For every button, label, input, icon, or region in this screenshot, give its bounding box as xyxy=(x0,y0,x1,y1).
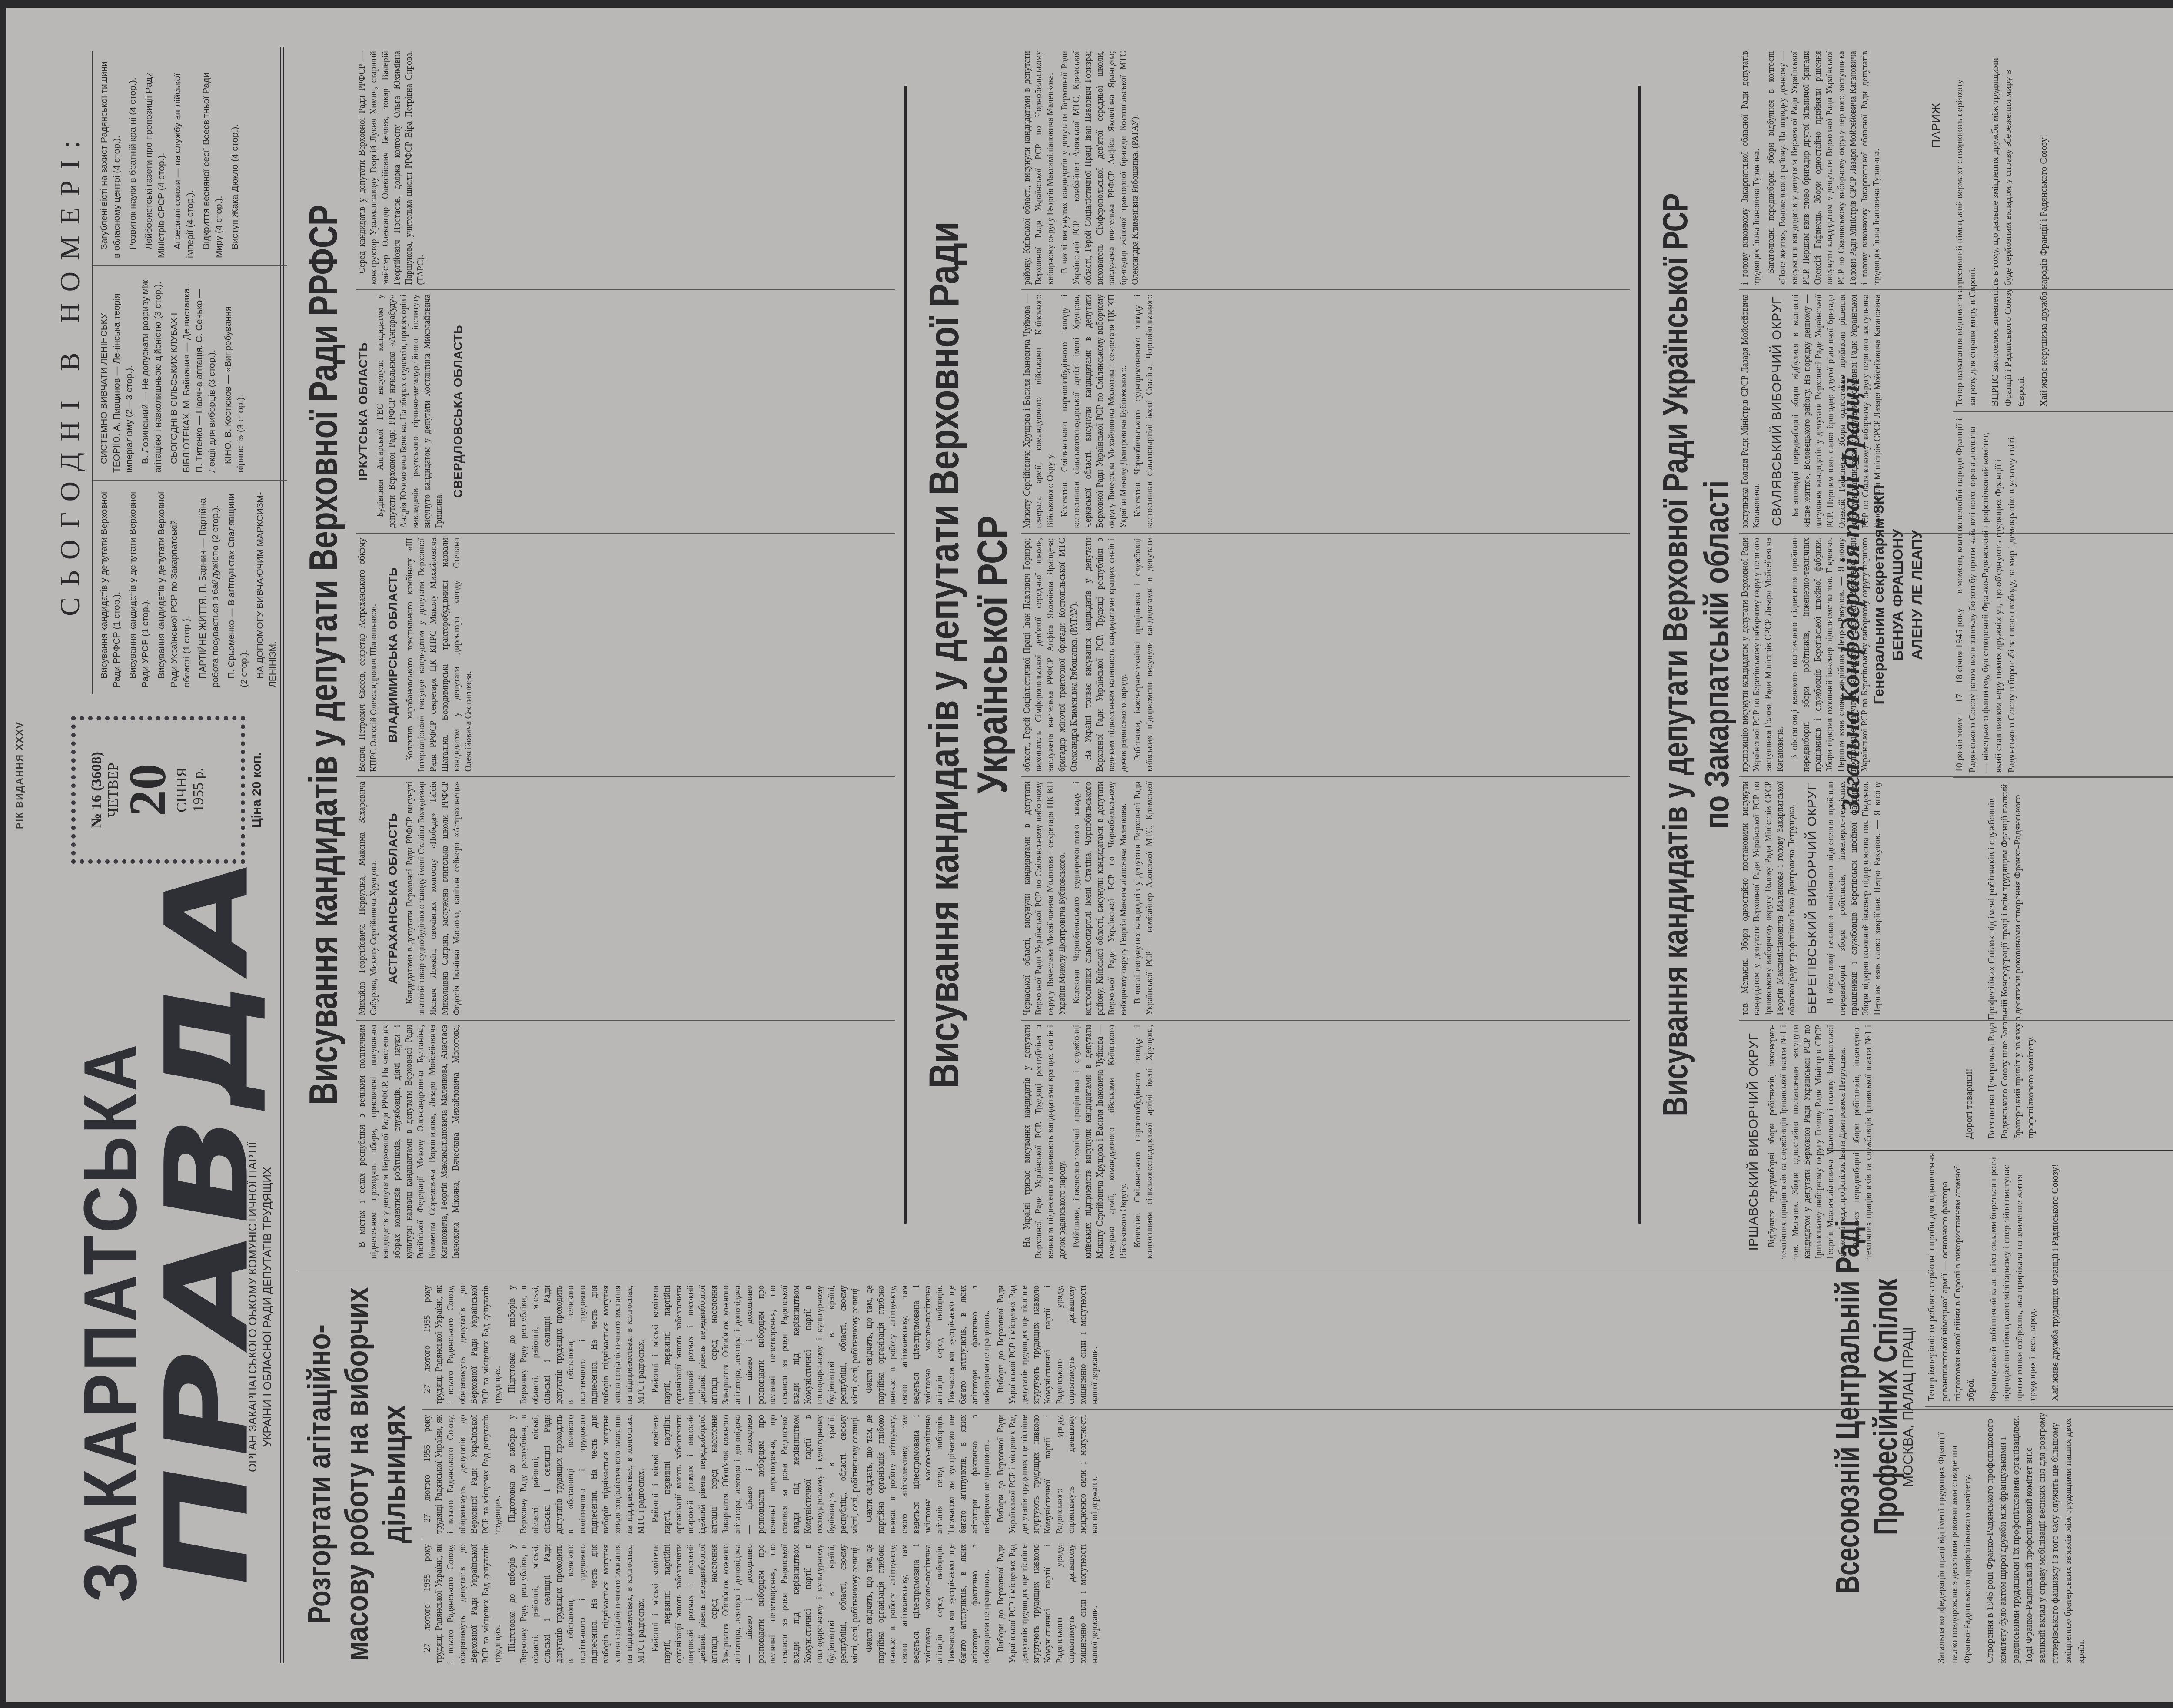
cgt-telegram: Загальна Конфедерація праці Франції Гене… xyxy=(1827,51,2173,1150)
region-heading: ІРКУТСЬКА ОБЛАСТЬ xyxy=(356,294,370,528)
paragraph: ПАРТІЙНЕ ЖИТТЯ. П. Барнич — Партійна роб… xyxy=(196,488,222,687)
paragraph: Хай живе дружба трудящих Франції і Радян… xyxy=(2048,1151,2061,1401)
paragraph: Тепер намагання відновити агресивний нім… xyxy=(1953,51,1979,407)
paragraph: Всесоюзна Центральна Рада Професійних Сп… xyxy=(1985,783,2037,1139)
vcsps-text: Загальна конфедерація праці від імені тр… xyxy=(1925,1151,2173,1663)
paragraph: В числі висунутих кандидатів у депутати … xyxy=(1059,51,1141,285)
region-heading: АСТРАХАНСЬКА ОБЛАСТЬ xyxy=(386,781,400,1015)
cgt-text: Дорогі товариші!Всесоюзна Центральна Рад… xyxy=(1953,51,2173,1139)
paragraph: Колектив Чорнобильського судноремонтного… xyxy=(1071,781,1130,1015)
paragraph: СЬОГОДНІ В СІЛЬСЬКИХ КЛУБАХ І БІБЛІОТЕКА… xyxy=(168,273,218,473)
cgt-recipients: Генеральним секретарям ЗКП БЕНУА ФРАШОНУ… xyxy=(1869,51,1946,1139)
paragraph: 27 лютого 1955 року трудящі Радянської У… xyxy=(422,1415,504,1534)
paragraph: Районні і міські комітети партії, первин… xyxy=(650,1415,861,1534)
region-heading: ВЛАДИМИРСЬКА ОБЛАСТЬ xyxy=(386,538,400,772)
paragraph: Факти свідчать, що там, де партійна орга… xyxy=(864,1415,993,1534)
today-column: СИСТЕМНО ВИВЧАТИ ЛЕНІНСЬКУ ТЕОРІЮ. А. Пи… xyxy=(93,265,287,480)
issue-price: Ціна 20 коп. xyxy=(249,725,264,855)
paragraph: Факти свідчать, що там, де партійна орга… xyxy=(864,1285,993,1404)
region-text: Серед кандидатів у депутати Верховної Ра… xyxy=(356,51,427,285)
vcsps-headline: Всесоюзній Центральній Раді Професійних … xyxy=(1829,1151,1904,1663)
paragraph: Хай живе нерушима дружба народів Франції… xyxy=(2037,51,2050,407)
paragraph: Робітники, інженерно-технічні працівники… xyxy=(1071,1025,1130,1259)
paragraph: Виступ Жака Дюкло (4 стор.). xyxy=(229,58,241,258)
paragraph: На Україні триває висування кандидатів у… xyxy=(1083,538,1130,772)
paragraph: Районні і міські комітети партії, первин… xyxy=(650,1285,861,1404)
paragraph: Тепер імперіалісти роблять серйозні спро… xyxy=(1925,1151,1977,1401)
newspaper-subtitle: Орган Закарпатського обкому Комуністично… xyxy=(245,1003,275,1611)
paragraph: Підготовка до виборів у Верховну Раду ре… xyxy=(506,1415,647,1534)
ukraine-headline-line2: Української РСР xyxy=(969,516,1015,794)
district-heading: ІРШАВСЬКИЙ ВИБОРЧИЙ ОКРУГ xyxy=(1746,1025,1761,1259)
edition-year-label: РІК ВИДАННЯ XXXV xyxy=(14,721,25,829)
paragraph: Висування кандидатів у депутати Верховно… xyxy=(155,488,193,687)
region-text: Будівники Ангарської ГЕС висунули кандид… xyxy=(375,294,445,528)
issue-date-box: № 16 (3608) ЧЕТВЕР 20 СІЧНЯ 1955 р. xyxy=(71,716,245,864)
newspaper-page: РІК ВИДАННЯ XXXV ЗАКАРПАТСЬКА ПРАВДА Орг… xyxy=(6,8,2173,1702)
section-divider xyxy=(1638,86,1641,1224)
paragraph: КІНО. В. Костюков — «Випробування вірнос… xyxy=(222,273,247,473)
paragraph: СИСТЕМНО ВИВЧАТИ ЛЕНІНСЬКУ ТЕОРІЮ. А. Пи… xyxy=(98,273,136,473)
issue-day: 20 xyxy=(122,720,174,859)
today-column: Загублені вісті на захист Радянської тиш… xyxy=(93,51,287,265)
paragraph: Французький робітничий клас всіма силами… xyxy=(1987,1151,2039,1401)
paragraph: Розвиток науки в братній країні (4 стор.… xyxy=(126,58,139,258)
issue-month: СІЧНЯ xyxy=(174,720,190,859)
paragraph: Відкриття весняної сесії Всесвітньої Рад… xyxy=(200,58,225,258)
paragraph: Підготовка до виборів у Верховну Раду ре… xyxy=(506,1544,647,1663)
cgt-headline: Загальна Конфедерація праці Франції xyxy=(1836,51,1866,1139)
paragraph: В. Лозинський — Не допускати розриву між… xyxy=(139,273,164,473)
editorial-headline: Розгортати агітаційно-масову роботу на в… xyxy=(301,1285,413,1663)
paragraph: Загублені вісті на захист Радянської тиш… xyxy=(98,58,123,258)
paragraph: Факти свідчать, що там, де партійна орга… xyxy=(864,1544,993,1663)
paragraph: Вибори до Верховної Ради Української РСР… xyxy=(995,1285,1101,1404)
district-heading: СВАЛЯВСЬКИЙ ВИБОРЧИЙ ОКРУГ xyxy=(1770,294,1784,528)
region-text: Колектив карабановського текстильного ко… xyxy=(404,538,475,772)
rsfsr-article: Висування кандидатів у депутати Верховно… xyxy=(297,51,895,1259)
zakarpattia-headline-line1: Висування кандидатів у депутати Верховно… xyxy=(1656,193,1695,1117)
masthead: ЗАКАРПАТСЬКА ПРАВДА Орган Закарпатського… xyxy=(54,47,284,1663)
cgt-recipient-line1: Генеральним секретарям ЗКП xyxy=(1869,51,1888,1139)
rsfsr-headline: Висування кандидатів у депутати Верховно… xyxy=(302,51,346,1259)
today-column: Висування кандидатів у депутати Верховно… xyxy=(93,480,287,694)
paragraph: П. Єрьоменко — В агітпунктах Свалявщини … xyxy=(225,488,250,687)
cgt-recipient-line3: АЛЕНУ ЛЕ ЛЕАПУ xyxy=(1907,51,1927,1139)
paragraph: Висування кандидатів у депутати Верховно… xyxy=(98,488,123,687)
paragraph: Створення в 1945 році Франко-Радянського… xyxy=(1983,1413,2087,1663)
ukraine-headline: Висування кандидатів у депутати Верховно… xyxy=(920,51,1017,1259)
vcsps-telegram: Всесоюзній Центральній Раді Професійних … xyxy=(1827,1151,2173,1663)
rsfsr-text: В містах і селах республіки з великим по… xyxy=(356,51,895,1259)
ukraine-headline-line1: Висування кандидатів у депутати Верховно… xyxy=(921,222,967,1088)
paragraph: ВЦРПС висловлює впевненість в тому, що д… xyxy=(1988,51,2027,407)
paragraph: Загальна конфедерація праці від імені тр… xyxy=(1934,1413,1974,1663)
paragraph: 27 лютого 1955 року трудящі Радянської У… xyxy=(422,1544,504,1663)
paragraph: Районні і міські комітети партії, первин… xyxy=(650,1544,861,1663)
ukraine-text: На Україні триває висування кандидатів у… xyxy=(1021,51,1630,1259)
issue-number: № 16 (3608) xyxy=(89,720,105,859)
paragraph: Висування кандидатів у депутати Верховно… xyxy=(126,488,152,687)
paragraph: На Україні триває висування кандидатів у… xyxy=(1021,1025,1068,1259)
paragraph: Підготовка до виборів у Верховну Раду ре… xyxy=(506,1285,647,1404)
cgt-recipient-line2: БЕНУА ФРАШОНУ xyxy=(1888,51,1907,1139)
subtitle-line1: Орган Закарпатського обкому Комуністично… xyxy=(245,1003,260,1611)
today-in-issue-columns: Висування кандидатів у депутати Верховно… xyxy=(92,51,287,694)
issue-year: 1955 р. xyxy=(190,720,207,859)
paragraph: Дорогі товариші! xyxy=(1962,783,1975,1139)
region-heading: СВЕРДЛОВСЬКА ОБЛАСТЬ xyxy=(451,294,465,528)
bottom-band: Всесоюзній Центральній Раді Професійних … xyxy=(1827,47,2173,1663)
paragraph: Лейбористські газети про пропозиції Ради… xyxy=(143,58,168,258)
cgt-city: ПАРИЖ xyxy=(1927,51,1946,1139)
paragraph: 27 лютого 1955 року трудящі Радянської У… xyxy=(422,1285,504,1404)
zakarpattia-headline: Висування кандидатів у депутати Верховно… xyxy=(1655,51,1737,1259)
today-in-issue-title: СЬОГОДНІ В НОМЕРІ: xyxy=(54,51,86,694)
paragraph: НА ДОПОМОГУ ВИВЧАЮЧИМ МАРКСИЗМ-ЛЕНІНІЗМ. xyxy=(254,488,279,687)
paragraph: Колектив Смілянського паровозобудівного … xyxy=(1059,294,1130,528)
subtitle-line2: України і обласної Ради депутатів трудящ… xyxy=(260,1003,275,1611)
district-heading: БЕРЕГІВСЬКИЙ ВИБОРЧИЙ ОКРУГ xyxy=(1805,781,1820,1015)
paragraph: Вибори до Верховної Ради Української РСР… xyxy=(995,1544,1101,1663)
section-divider xyxy=(904,86,907,1224)
zakarpattia-headline-line2: по Закарпатській області xyxy=(1697,481,1736,829)
ukraine-article: Висування кандидатів у депутати Верховно… xyxy=(915,51,1630,1259)
today-in-issue: СЬОГОДНІ В НОМЕРІ: Висування кандидатів … xyxy=(54,51,271,694)
paragraph: Агресивні союзи — на службу англійської … xyxy=(171,58,196,258)
paragraph: Вибори до Верховної Ради Української РСР… xyxy=(995,1415,1101,1534)
paragraph: 10 років тому — 17—18 січня 1945 року — … xyxy=(1953,417,2018,773)
